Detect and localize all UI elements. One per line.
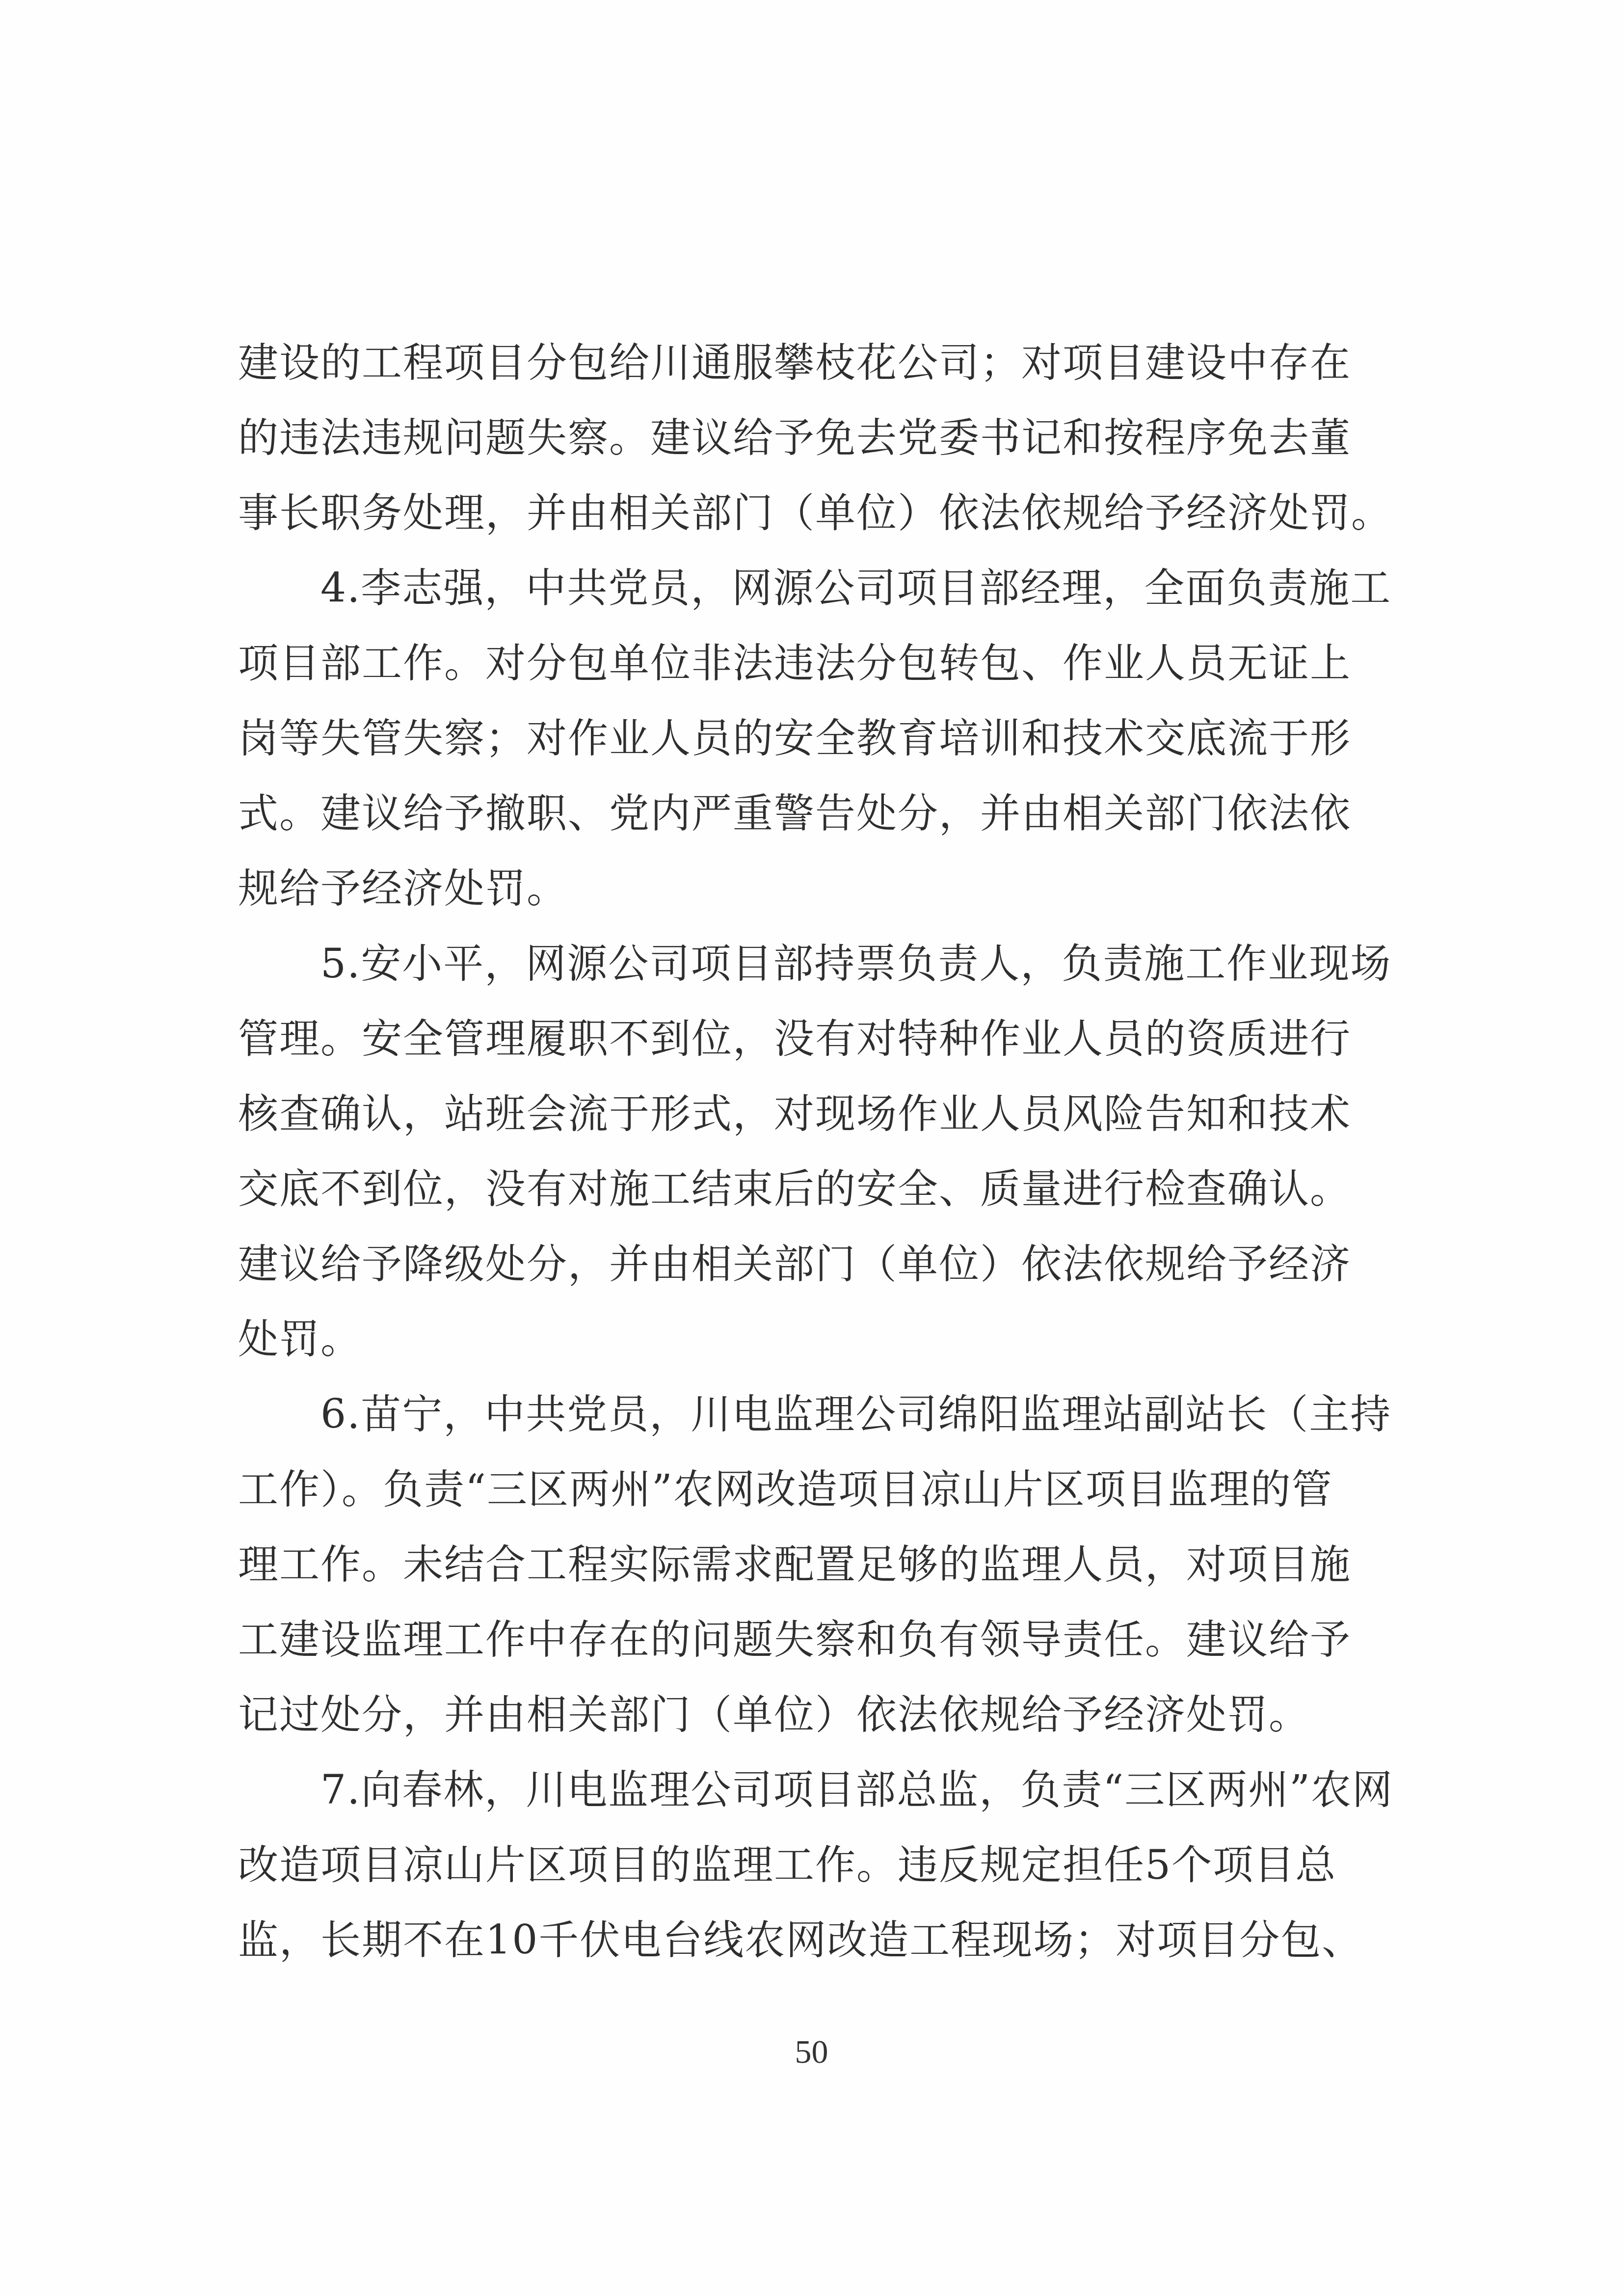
text-line-paragraph-6-start: 6.苗宁，中共党员，川电监理公司绵阳监理站副站长（主持 [238, 1390, 1436, 1465]
text-line: 管理。安全管理履职不到位，没有对特种作业人员的资质进行 [238, 1015, 1436, 1090]
text-line: 式。建议给予撤职、党内严重警告处分，并由相关部门依法依 [238, 789, 1436, 864]
text-line: 核查确认，站班会流于形式，对现场作业人员风险告知和技术 [238, 1090, 1436, 1165]
text-line: 项目部工作。对分包单位非法违法分包转包、作业人员无证上 [238, 639, 1436, 714]
text-line: 工作）。负责“三区两州”农网改造项目凉山片区项目监理的管 [238, 1465, 1436, 1540]
text-line: 交底不到位，没有对施工结束后的安全、质量进行检查确认。 [238, 1165, 1436, 1240]
text-line: 监，长期不在10千伏电台线农网改造工程现场；对项目分包、 [238, 1916, 1436, 1991]
text-line: 的违法违规问题失察。建议给予免去党委书记和按程序免去董 [238, 414, 1436, 489]
text-line-paragraph-4-start: 4.李志强，中共党员，网源公司项目部经理，全面负责施工 [238, 564, 1436, 639]
text-line-paragraph-5-start: 5.安小平，网源公司项目部持票负责人，负责施工作业现场 [238, 940, 1436, 1015]
text-line: 事长职务处理，并由相关部门（单位）依法依规给予经济处罚。 [238, 489, 1436, 564]
text-line: 规给予经济处罚。 [238, 864, 1436, 940]
text-line: 建议给予降级处分，并由相关部门（单位）依法依规给予经济 [238, 1240, 1436, 1315]
page-number: 50 [0, 2032, 1623, 2071]
text-line: 岗等失管失察；对作业人员的安全教育培训和技术交底流于形 [238, 714, 1436, 789]
text-line: 改造项目凉山片区项目的监理工作。违反规定担任5个项目总 [238, 1841, 1436, 1916]
text-line: 理工作。未结合工程实际需求配置足够的监理人员，对项目施 [238, 1540, 1436, 1616]
text-line: 处罚。 [238, 1315, 1436, 1390]
document-body: 建设的工程项目分包给川通服攀枝花公司；对项目建设中存在 的违法违规问题失察。建议… [238, 339, 1436, 1991]
text-line: 记过处分，并由相关部门（单位）依法依规给予经济处罚。 [238, 1691, 1436, 1766]
text-line: 工建设监理工作中存在的问题失察和负有领导责任。建议给予 [238, 1616, 1436, 1691]
document-page: 建设的工程项目分包给川通服攀枝花公司；对项目建设中存在 的违法违规问题失察。建议… [0, 0, 1623, 2296]
text-line-paragraph-7-start: 7.向春林，川电监理公司项目部总监，负责“三区两州”农网 [238, 1766, 1436, 1841]
text-line: 建设的工程项目分包给川通服攀枝花公司；对项目建设中存在 [238, 339, 1436, 414]
